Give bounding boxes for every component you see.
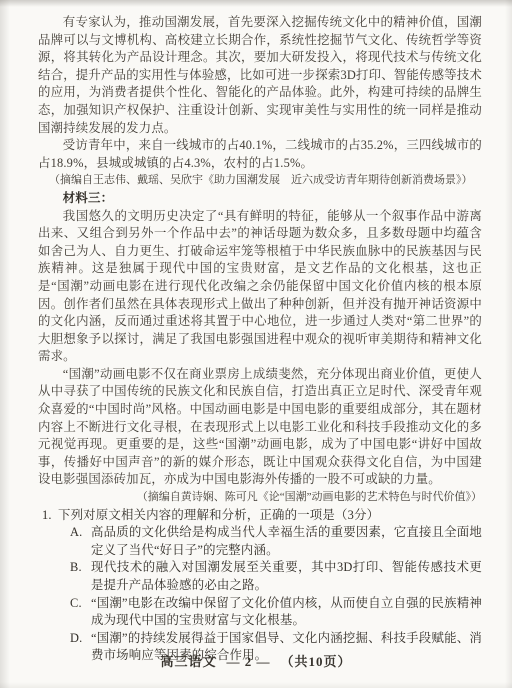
option-b: B. 现代技术的融入对国潮发展至关重要，其中3D打印、智能传感技术更是提升产品体…: [38, 559, 482, 594]
option-c-text: “国潮”电影在改编中保留了文化价值内核，从而使自立自强的民族精神成为现代中国的宝…: [91, 595, 482, 630]
option-d-label: D.: [70, 630, 91, 648]
option-a-label: A.: [70, 524, 91, 542]
passage-paragraph-survey: 受访青年中，来自一线城市的占40.1%，二线城市的占35.2%，三四线城市的占1…: [38, 137, 482, 172]
option-c-label: C.: [70, 595, 91, 613]
material3-heading: 材料三：: [38, 190, 482, 208]
material2-attribution: （摘编自王志伟、戴瑶、吴欣宇《助力国潮发展 近六成受访青年期待创新消费场景》）: [38, 172, 482, 190]
question-stem-row: 1. 下列对原文相关内容的理解和分析，正确的一项是（3分）: [38, 507, 482, 525]
exam-page: 有专家认为，推动国潮发展，首先要深入挖掘传统文化中的精神价值，国潮品牌可以与文博…: [0, 0, 512, 688]
material3-attribution: （摘编自黄诗娴、陈可凡《论“国潮”动画电影的艺术特色与时代价值》）: [38, 489, 482, 507]
question-stem: 下列对原文相关内容的理解和分析，正确的一项是（3分）: [58, 507, 482, 525]
passage-paragraph-expert: 有专家认为，推动国潮发展，首先要深入挖掘传统文化中的精神价值，国潮品牌可以与文博…: [38, 14, 482, 137]
footer-total-pages: （共10页）: [281, 654, 352, 669]
passage-paragraph-myth: 我国悠久的文明历史决定了“具有鲜明的特征，能够从一个叙事作品中游离出来、又组合到…: [38, 208, 482, 366]
option-b-label: B.: [70, 559, 91, 577]
option-b-text: 现代技术的融入对国潮发展至关重要，其中3D打印、智能传感技术更是提升产品体验感的…: [91, 559, 482, 594]
footer-course-title: 高三语文: [160, 654, 216, 669]
option-a: A. 高品质的文化供给是构成当代人幸福生活的重要因素，它直接且全面地定义了当代“…: [38, 524, 482, 559]
page-content: 有专家认为，推动国潮发展，首先要深入挖掘传统文化中的精神价值，国潮品牌可以与文博…: [38, 14, 482, 665]
option-a-text: 高品质的文化供给是构成当代人幸福生活的重要因素，它直接且全面地定义了当代“好日子…: [91, 524, 482, 559]
option-c: C. “国潮”电影在改编中保留了文化价值内核，从而使自立自强的民族精神成为现代中…: [38, 595, 482, 630]
question-number: 1.: [38, 507, 58, 525]
passage-paragraph-film: “国潮”动画电影不仅在商业票房上成绩斐然，充分体现出商业价值，更使人从中寻获了中…: [38, 366, 482, 489]
page-footer: 高三语文— 2 —（共10页）: [0, 651, 512, 670]
footer-page-number: — 2 —: [227, 654, 271, 669]
question-1: 1. 下列对原文相关内容的理解和分析，正确的一项是（3分） A. 高品质的文化供…: [38, 507, 482, 665]
